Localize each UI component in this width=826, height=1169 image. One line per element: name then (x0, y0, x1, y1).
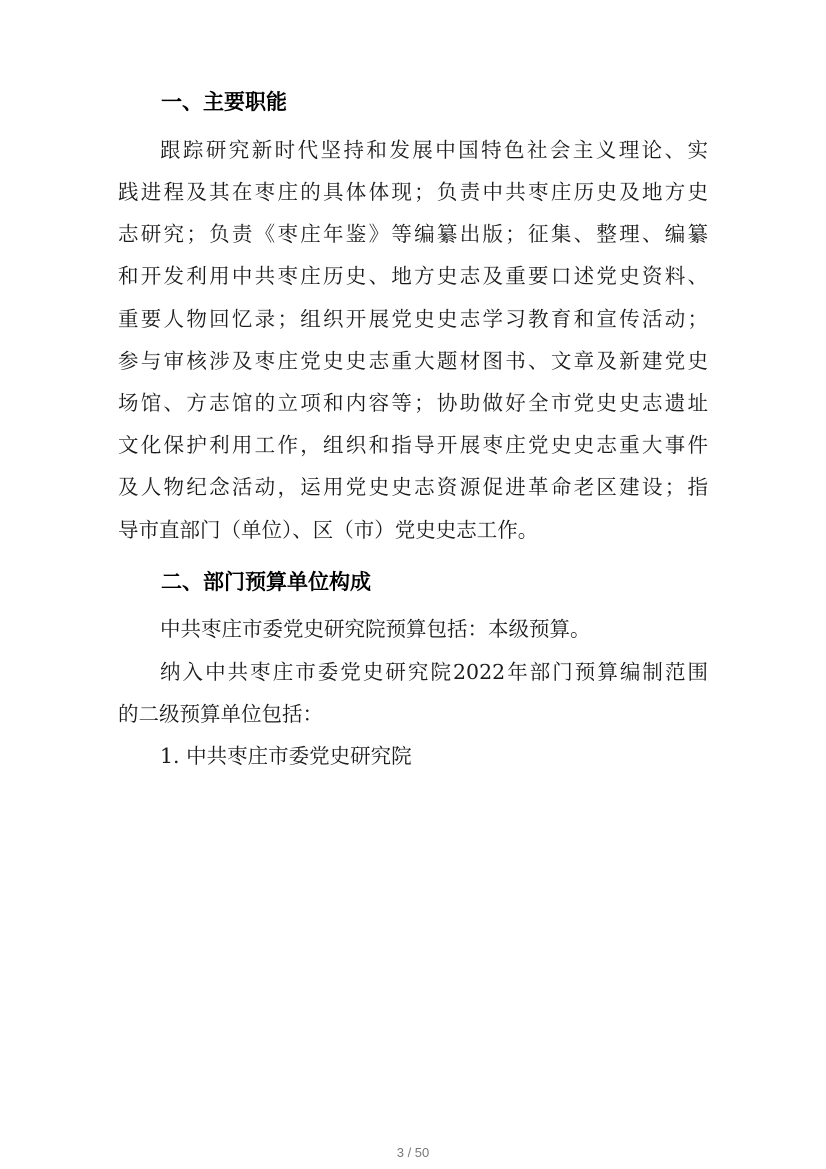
paragraph-line: 参与审核涉及枣庄党史史志重大题材图书、文章及新建党史 (118, 344, 708, 374)
paragraph-line: 践进程及其在枣庄的具体体现；负责中共枣庄历史及地方史 (118, 175, 708, 205)
paragraph-line: 导市直部门（单位）、区（市）党史史志工作。 (118, 513, 708, 543)
paragraph-line: 文化保护利用工作，组织和指导开展枣庄党史史志重大事件 (118, 428, 708, 458)
page-indicator: 3 / 50 (0, 1145, 826, 1160)
paragraph-line: 跟踪研究新时代坚持和发展中国特色社会主义理论、实 (160, 133, 708, 163)
section-heading-budget-units: 二、部门预算单位构成 (161, 566, 371, 596)
document-page: 一、主要职能 跟踪研究新时代坚持和发展中国特色社会主义理论、实 践进程及其在枣庄… (0, 0, 826, 1169)
paragraph-line: 场馆、方志馆的立项和内容等；协助做好全市党史史志遗址 (118, 386, 708, 416)
paragraph-line: 及人物纪念活动，运用党史史志资源促进革命老区建设；指 (118, 470, 708, 500)
list-item: 1. 中共枣庄市委党史研究院 (160, 739, 708, 769)
paragraph-line: 纳入中共枣庄市委党史研究院2022年部门预算编制范围 (160, 655, 708, 685)
paragraph-line: 的二级预算单位包括： (118, 697, 708, 727)
paragraph-line: 和开发利用中共枣庄历史、地方史志及重要口述党史资料、 (118, 259, 708, 289)
paragraph-budget-scope: 中共枣庄市委党史研究院预算包括：本级预算。 (160, 612, 708, 642)
section-heading-main-functions: 一、主要职能 (161, 86, 287, 116)
paragraph-line: 重要人物回忆录；组织开展党史史志学习教育和宣传活动； (118, 302, 708, 332)
paragraph-line: 志研究；负责《枣庄年鉴》等编纂出版；征集、整理、编纂 (118, 217, 708, 247)
